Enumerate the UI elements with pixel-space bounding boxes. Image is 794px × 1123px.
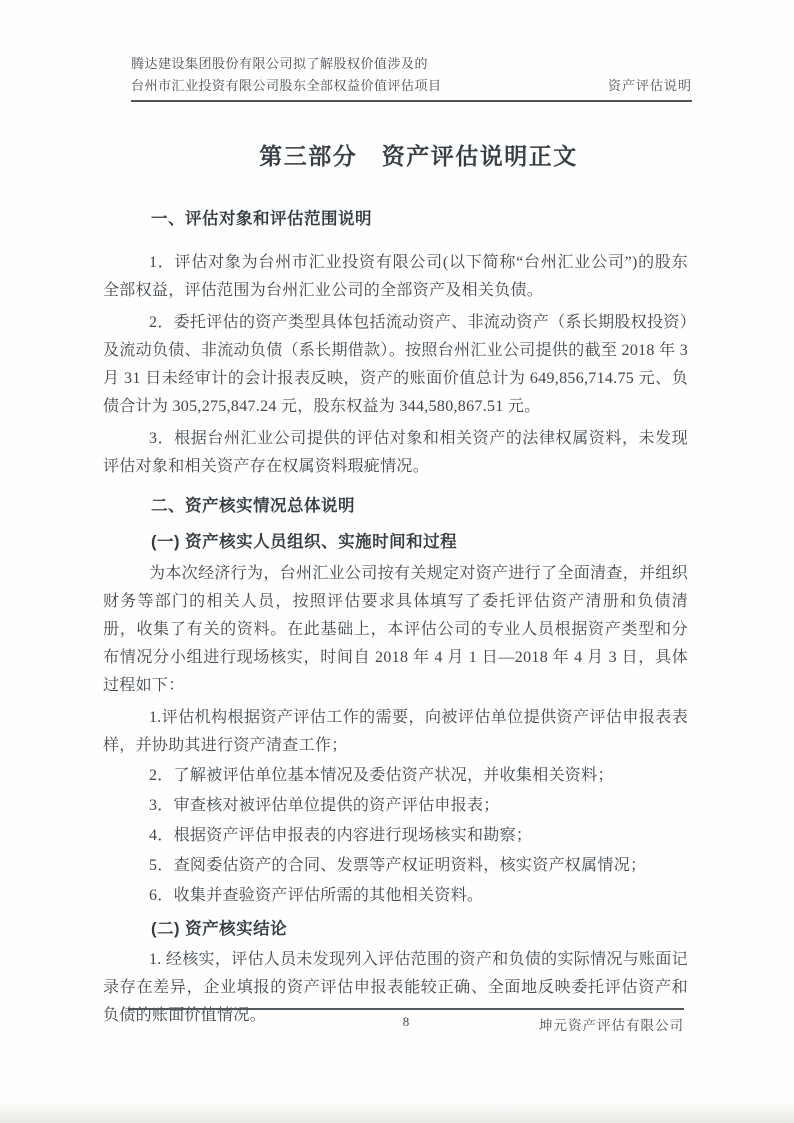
document-body: 第三部分 资产评估说明正文 一、评估对象和评估范围说明 1．评估对象为台州市汇业… xyxy=(103,140,688,1034)
running-footer: 8 坤元资产评估有限公司 xyxy=(128,1008,684,1034)
header-project-lines: 腾达建设集团股份有限公司拟了解股权价值涉及的 台州市汇业投资有限公司股东全部权益… xyxy=(131,53,442,97)
section-heading-2: 二、资产核实情况总体说明 xyxy=(103,495,688,517)
paragraph-3: 3．根据台州汇业公司提供的评估对象和相关资产的法律权属资料，未发现评估对象和相关… xyxy=(103,425,688,481)
page-title: 第三部分 资产评估说明正文 xyxy=(103,140,688,172)
process-step-3: 3．审查核对被评估单位提供的资产评估申报表； xyxy=(103,792,688,820)
subsection-heading-2-2: (二) 资产核实结论 xyxy=(103,918,688,940)
process-step-1: 1.评估机构根据资产评估工作的需要，向被评估单位提供资产评估申报表表样，并协助其… xyxy=(103,704,688,760)
paragraph-4: 为本次经济行为，台州汇业公司按有关规定对资产进行了全面清查，并组织财务等部门的相… xyxy=(103,560,688,700)
process-step-6: 6．收集并查验资产评估所需的其他相关资料。 xyxy=(103,882,688,910)
process-step-5: 5．查阅委估资产的合同、发票等产权证明资料，核实资产权属情况； xyxy=(103,852,688,880)
footer-company-name: 坤元资产评估有限公司 xyxy=(539,1014,684,1034)
header-line-2: 台州市汇业投资有限公司股东全部权益价值评估项目 xyxy=(131,75,442,97)
scan-edge-shadow xyxy=(0,1103,794,1123)
subsection-heading-2-1: (一) 资产核实人员组织、实施时间和过程 xyxy=(103,531,688,553)
section-heading-1: 一、评估对象和评估范围说明 xyxy=(103,208,688,230)
header-right-label: 资产评估说明 xyxy=(608,75,692,97)
process-step-2: 2．了解被评估单位基本情况及委估资产状况，并收集相关资料； xyxy=(103,762,688,790)
process-step-4: 4．根据资产评估申报表的内容进行现场核实和勘察； xyxy=(103,822,688,850)
page-number: 8 xyxy=(403,1014,410,1030)
paragraph-2: 2．委托评估的资产类型具体包括流动资产、非流动资产（系长期股权投资）及流动负债、… xyxy=(103,309,688,421)
paragraph-1: 1．评估对象为台州市汇业投资有限公司(以下简称“台州汇业公司”)的股东全部权益，… xyxy=(103,249,688,305)
document-page: 腾达建设集团股份有限公司拟了解股权价值涉及的 台州市汇业投资有限公司股东全部权益… xyxy=(0,0,794,1123)
running-header: 腾达建设集团股份有限公司拟了解股权价值涉及的 台州市汇业投资有限公司股东全部权益… xyxy=(131,53,692,102)
header-line-1: 腾达建设集团股份有限公司拟了解股权价值涉及的 xyxy=(131,53,442,75)
